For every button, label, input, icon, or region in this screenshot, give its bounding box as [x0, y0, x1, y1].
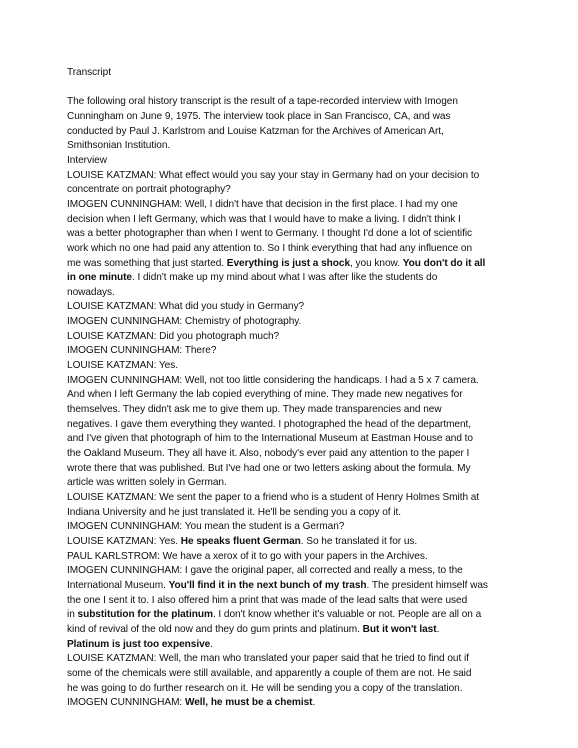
transcript-line: work which no one had paid any attention… — [67, 242, 547, 257]
transcript-line: kind of revival of the old now and they … — [67, 623, 547, 638]
emphasized-text: He speaks fluent German — [181, 536, 301, 547]
emphasized-text: Everything is just a shock — [227, 258, 350, 269]
transcript-line: in substitution for the platinum. I don'… — [67, 608, 547, 623]
transcript-line: Indiana University and he just translate… — [67, 506, 547, 521]
transcript-line: article was written solely in German. — [67, 476, 547, 491]
document-page: Transcript The following oral history tr… — [67, 66, 547, 711]
transcript-line: IMOGEN CUNNINGHAM: Chemistry of photogra… — [67, 315, 547, 330]
text-run: PAUL KARLSTROM: We have a xerox of it to… — [67, 551, 428, 562]
text-run: he was going to do further research on i… — [67, 683, 462, 694]
intro-paragraph: The following oral history transcript is… — [67, 95, 547, 154]
transcript-line: LOUISE KATZMAN: Yes. — [67, 359, 547, 374]
transcript-line: the Oakland Museum. They all have it. Al… — [67, 447, 547, 462]
transcript-line: the one I sent it to. I also offered him… — [67, 594, 547, 609]
transcript-line: negatives. I gave them everything they w… — [67, 418, 547, 433]
text-run: nowadays. — [67, 287, 115, 298]
text-run: . I didn't make up my mind about what I … — [132, 272, 437, 283]
text-run: in — [67, 609, 78, 620]
text-run: . The president himself was — [367, 580, 488, 591]
transcript-line: LOUISE KATZMAN: Well, the man who transl… — [67, 652, 547, 667]
text-run: IMOGEN CUNNINGHAM: Chemistry of photogra… — [67, 316, 301, 327]
emphasized-text: in one minute — [67, 272, 132, 283]
transcript-line: LOUISE KATZMAN: What did you study in Ge… — [67, 300, 547, 315]
text-run: IMOGEN CUNNINGHAM: I gave the original p… — [67, 565, 463, 576]
transcript-line: IMOGEN CUNNINGHAM: You mean the student … — [67, 520, 547, 535]
intro-line: Cunningham on June 9, 1975. The intervie… — [67, 110, 547, 125]
text-run: me was something that just started. — [67, 258, 227, 269]
text-run: and I've given that photograph of him to… — [67, 433, 473, 444]
transcript-line: IMOGEN CUNNINGHAM: I gave the original p… — [67, 564, 547, 579]
text-run: LOUISE KATZMAN: What did you study in Ge… — [67, 301, 304, 312]
text-run: wrote there that was published. But I've… — [67, 463, 471, 474]
transcript-line: some of the chemicals were still availab… — [67, 667, 547, 682]
emphasized-text: You don't do it all — [403, 258, 486, 269]
text-run: LOUISE KATZMAN: Yes. — [67, 536, 181, 547]
transcript-line: in one minute. I didn't make up my mind … — [67, 271, 547, 286]
text-run: International Museum. — [67, 580, 169, 591]
transcript-line: decision when I left Germany, which was … — [67, 213, 547, 228]
transcript-line: was a better photographer than when I we… — [67, 227, 547, 242]
text-run: IMOGEN CUNNINGHAM: There? — [67, 345, 216, 356]
transcript-line: themselves. They didn't ask me to give t… — [67, 403, 547, 418]
transcript-line: And when I left Germany the lab copied e… — [67, 388, 547, 403]
emphasized-text: Platinum is just too expensive — [67, 639, 210, 650]
transcript-line: he was going to do further research on i… — [67, 682, 547, 697]
text-run: . I don't know whether it's valuable or … — [213, 609, 481, 620]
intro-line: conducted by Paul J. Karlstrom and Louis… — [67, 125, 547, 140]
text-run: And when I left Germany the lab copied e… — [67, 389, 463, 400]
text-run: LOUISE KATZMAN: We sent the paper to a f… — [67, 492, 479, 503]
transcript-line: concentrate on portrait photography? — [67, 183, 547, 198]
text-run: IMOGEN CUNNINGHAM: You mean the student … — [67, 521, 344, 532]
text-run: , you know. — [350, 258, 403, 269]
text-run: LOUISE KATZMAN: Did you photograph much? — [67, 331, 279, 342]
document-title: Transcript — [67, 66, 547, 81]
transcript-line: IMOGEN CUNNINGHAM: Well, he must be a ch… — [67, 696, 547, 711]
emphasized-text: Well, he must be a chemist — [185, 697, 313, 708]
text-run: some of the chemicals were still availab… — [67, 668, 471, 679]
text-run: negatives. I gave them everything they w… — [67, 419, 471, 430]
emphasized-text: substitution for the platinum — [78, 609, 213, 620]
text-run: the one I sent it to. I also offered him… — [67, 595, 467, 606]
text-run: . — [312, 697, 315, 708]
text-run: concentrate on portrait photography? — [67, 184, 231, 195]
intro-line: Smithsonian Institution. — [67, 139, 547, 154]
emphasized-text: You'll find it in the next bunch of my t… — [169, 580, 367, 591]
transcript-line: IMOGEN CUNNINGHAM: There? — [67, 344, 547, 359]
section-label: Interview — [67, 154, 547, 169]
text-run: article was written solely in German. — [67, 477, 227, 488]
text-run: LOUISE KATZMAN: Yes. — [67, 360, 178, 371]
text-run: IMOGEN CUNNINGHAM: — [67, 697, 185, 708]
text-run: work which no one had paid any attention… — [67, 243, 472, 254]
text-run: . — [210, 639, 213, 650]
text-run: LOUISE KATZMAN: What effect would you sa… — [67, 170, 479, 181]
intro-line: The following oral history transcript is… — [67, 95, 547, 110]
transcript-line: International Museum. You'll find it in … — [67, 579, 547, 594]
transcript-line: LOUISE KATZMAN: We sent the paper to a f… — [67, 491, 547, 506]
text-run: Indiana University and he just translate… — [67, 507, 401, 518]
transcript-line: IMOGEN CUNNINGHAM: Well, I didn't have t… — [67, 198, 547, 213]
transcript-line: me was something that just started. Ever… — [67, 257, 547, 272]
text-run: . So he translated it for us. — [301, 536, 417, 547]
text-run: LOUISE KATZMAN: Well, the man who transl… — [67, 653, 469, 664]
text-run: IMOGEN CUNNINGHAM: Well, not too little … — [67, 375, 479, 386]
transcript-line: wrote there that was published. But I've… — [67, 462, 547, 477]
emphasized-text: But it won't last — [363, 624, 437, 635]
text-run: . — [437, 624, 440, 635]
transcript-line: and I've given that photograph of him to… — [67, 432, 547, 447]
text-run: IMOGEN CUNNINGHAM: Well, I didn't have t… — [67, 199, 458, 210]
transcript-line: LOUISE KATZMAN: Yes. He speaks fluent Ge… — [67, 535, 547, 550]
text-run: decision when I left Germany, which was … — [67, 214, 461, 225]
transcript-body: LOUISE KATZMAN: What effect would you sa… — [67, 169, 547, 711]
text-run: the Oakland Museum. They all have it. Al… — [67, 448, 469, 459]
transcript-line: LOUISE KATZMAN: What effect would you sa… — [67, 169, 547, 184]
text-run: kind of revival of the old now and they … — [67, 624, 363, 635]
transcript-line: IMOGEN CUNNINGHAM: Well, not too little … — [67, 374, 547, 389]
transcript-line: Platinum is just too expensive. — [67, 638, 547, 653]
transcript-line: nowadays. — [67, 286, 547, 301]
transcript-line: PAUL KARLSTROM: We have a xerox of it to… — [67, 550, 547, 565]
text-run: was a better photographer than when I we… — [67, 228, 472, 239]
transcript-line: LOUISE KATZMAN: Did you photograph much? — [67, 330, 547, 345]
text-run: themselves. They didn't ask me to give t… — [67, 404, 442, 415]
